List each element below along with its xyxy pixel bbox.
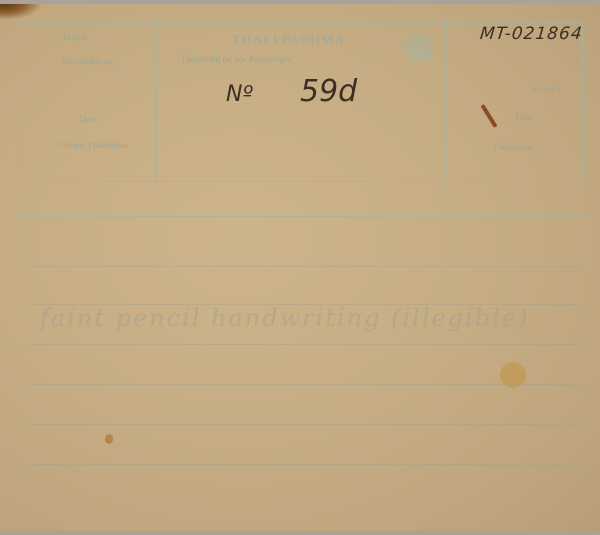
reference-number: MT-021864 — [479, 24, 584, 44]
right-label-time: Ώρα — [516, 112, 532, 122]
seal-emblem — [404, 34, 434, 62]
ruled-line — [30, 384, 580, 385]
ruled-line — [30, 464, 580, 465]
number-label: Nº — [226, 82, 253, 107]
form-title: ΤΗΛΕΓΡΑΦΗΜΑ — [232, 32, 345, 48]
left-label-clerk: Όνομα Υπαλλήλου — [60, 140, 129, 150]
document-page: Τέλη δ. Μεταβιβάσεις Ώρα Όνομα Υπαλλήλου… — [0, 4, 600, 531]
left-label-fees: Τέλη δ. — [62, 32, 88, 42]
stain-spot-left — [105, 434, 113, 444]
ruled-line — [30, 424, 580, 425]
service-line-rule — [18, 216, 588, 217]
ruled-line — [30, 266, 580, 267]
form-subtitle: Παραδόθη εις τόν Κατάστημα — [182, 54, 291, 64]
divider-right — [446, 23, 447, 181]
number-value: 59d — [300, 74, 357, 109]
divider-left — [156, 23, 157, 181]
left-label-time: Ώρα — [80, 114, 96, 124]
left-label-transfers: Μεταβιβάσεις — [62, 56, 113, 66]
burn-mark — [0, 4, 42, 20]
ruled-line — [30, 344, 580, 345]
pencil-body-text: faint pencil handwriting (illegible) — [40, 304, 529, 332]
right-label-received: Ελήφθη — [532, 84, 561, 94]
right-label-clerk: Υπάλληλος — [492, 142, 534, 152]
